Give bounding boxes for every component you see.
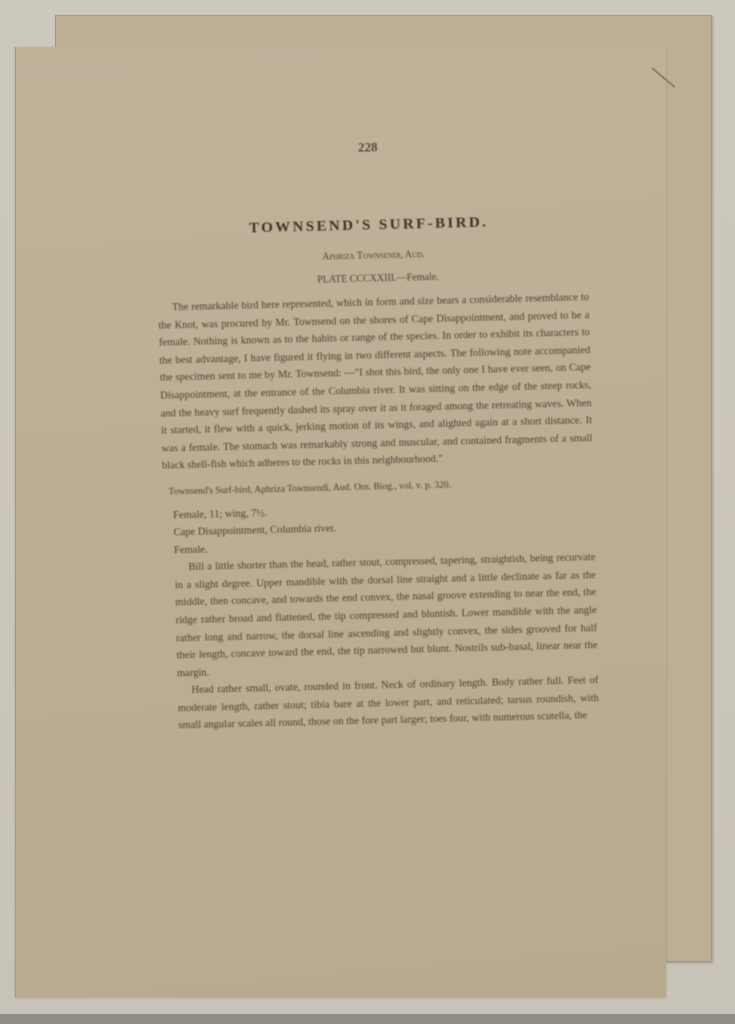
plate-caption: PLATE CCCXXIII.—Female. [167, 268, 588, 289]
page-text: 228 TOWNSEND'S SURF-BIRD. Aphriza Townse… [140, 129, 599, 736]
head-paragraph: Head rather small, ovate, rounded in fro… [177, 672, 599, 735]
citation: Townsend's Surf-bird, Aphriza Townsendi,… [168, 477, 593, 497]
scientific-name: Aphriza Townsendi, Aud. [159, 245, 588, 266]
intro-paragraph: The remarkable bird here represented, wh… [158, 289, 593, 475]
page-title: TOWNSEND'S SURF-BIRD. [150, 212, 587, 240]
bill-paragraph: Bill a little shorter than the head, rat… [174, 549, 598, 682]
page-number: 228 [150, 134, 585, 161]
floor-strip [0, 1014, 735, 1024]
